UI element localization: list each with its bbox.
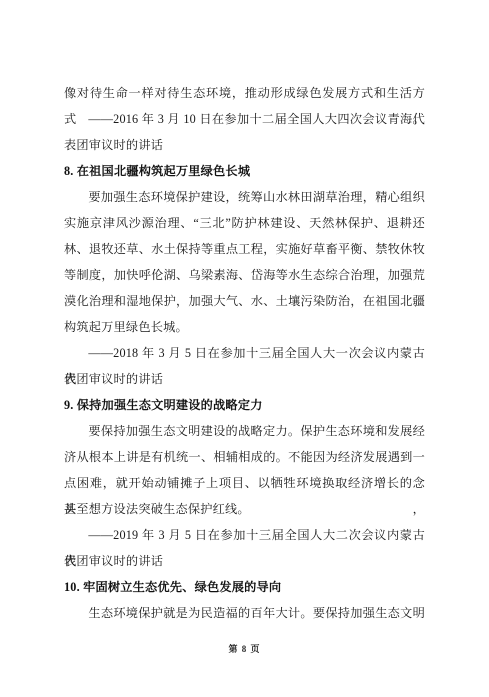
body-line: 济从根本上讲是有机统一、相辅相成的。不能因为经济发展遇到一 (64, 444, 425, 470)
body-line: 等制度，加快呼伦湖、乌梁素海、岱海等水生态综合治理，加强荒 (64, 262, 425, 288)
document-page: 像对待生命一样对待生态环境，推动形成绿色发展方式和生活方式。 ——2016 年 … (0, 0, 489, 697)
body-line: 实施京津风沙源治理、“三北”防护林建设、天然林保护、退耕还 (64, 210, 425, 236)
section-heading-9: 9. 保持加强生态文明建设的战略定力 (64, 392, 425, 418)
quote-attribution-line: 表团审议时的讲话 (64, 366, 425, 392)
body-line: 生态环境保护就是为民造福的百年大计。要保持加强生态文明 (64, 600, 425, 626)
body-line: 要加强生态环境保护建设，统筹山水林田湖草治理，精心组织 (64, 184, 425, 210)
quote-attribution-line: ——2019 年 3 月 5 日在参加十三届全国人大二次会议内蒙古代 (64, 522, 425, 548)
body-line: 要保持加强生态文明建设的战略定力。保护生态环境和发展经 (64, 418, 425, 444)
quote-attribution-line: 表团审议时的讲话 (64, 548, 425, 574)
quote-attribution-line: ——2016 年 3 月 10 日在参加十二届全国人大四次会议青海代 (64, 106, 425, 132)
section-heading-10: 10. 牢固树立生态优先、绿色发展的导向 (64, 574, 425, 600)
quote-attribution-line: ——2018 年 3 月 5 日在参加十三届全国人大一次会议内蒙古代 (64, 340, 425, 366)
section-heading-8: 8. 在祖国北疆构筑起万里绿色长城 (64, 158, 425, 184)
page-content: 像对待生命一样对待生态环境，推动形成绿色发展方式和生活方式。 ——2016 年 … (64, 80, 425, 626)
quote-attribution-line: 表团审议时的讲话 (64, 132, 425, 158)
page-number: 第 8 页 (0, 642, 489, 655)
body-line: 像对待生命一样对待生态环境，推动形成绿色发展方式和生活方式。 (64, 80, 425, 106)
body-line: 构筑起万里绿色长城。 (64, 314, 425, 340)
body-line: 漠化治理和湿地保护，加强大气、水、土壤污染防治，在祖国北疆 (64, 288, 425, 314)
body-line: 点困难，就开始动铺摊子上项目、以牺牲环境换取经济增长的念头， (64, 470, 425, 496)
body-line: 林、退牧还草、水土保持等重点工程，实施好草畜平衡、禁牧休牧 (64, 236, 425, 262)
